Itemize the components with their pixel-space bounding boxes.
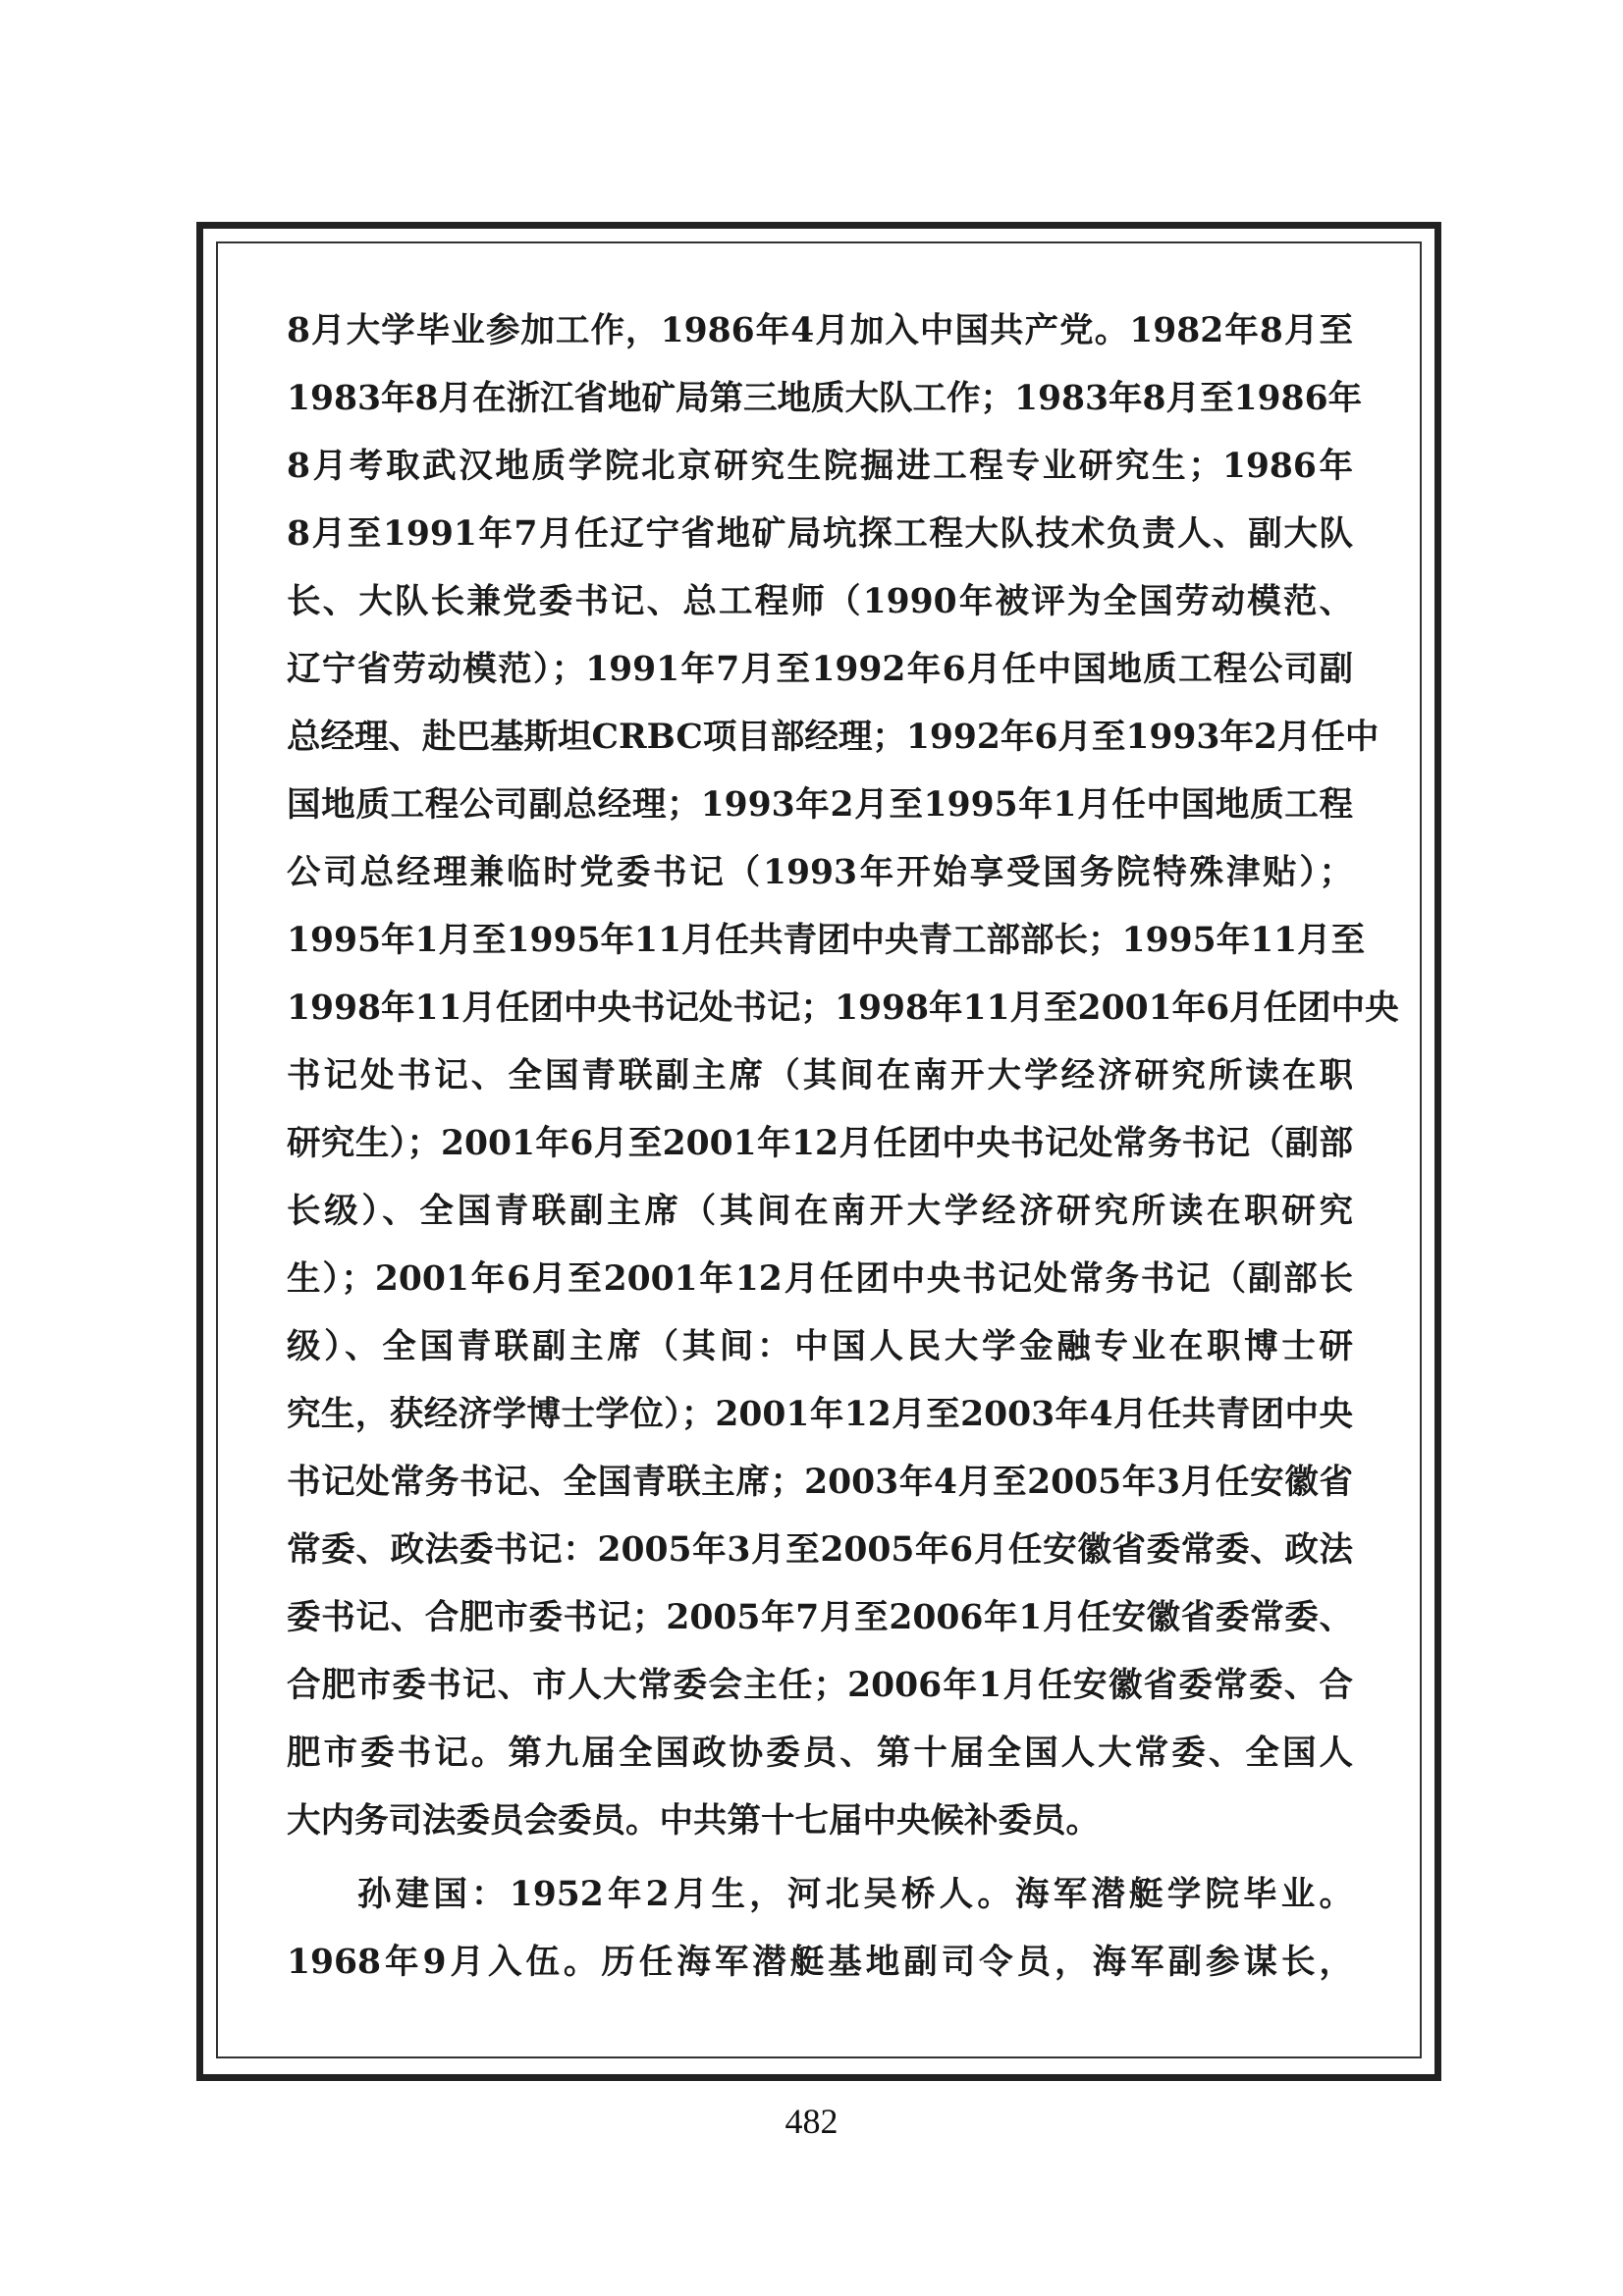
text-line: 国地质工程公司副总经理；1993年2月至1995年1月任中国地质工程	[287, 774, 1353, 842]
text-line: 肥市委书记。第九届全国政协委员、第十届全国人大常委、全国人	[287, 1723, 1353, 1790]
text-line: 合肥市委书记、市人大常委会主任；2006年1月任安徽省委常委、合	[287, 1655, 1353, 1723]
text-line: 1998年11月任团中央书记处书记；1998年11月至2001年6月任团中央	[287, 978, 1353, 1045]
text-line: 8月大学毕业参加工作，1986年4月加入中国共产党。1982年8月至	[287, 300, 1353, 368]
text-line: 公司总经理兼临时党委书记（1993年开始享受国务院特殊津贴）；	[287, 842, 1353, 910]
text-line: 书记处常务书记、全国青联主席；2003年4月至2005年3月任安徽省	[287, 1452, 1353, 1520]
page-number: 482	[0, 2101, 1623, 2142]
paragraph-sun-jianguo: 孙建国：1952年2月生，河北吴桥人。海军潜艇学院毕业。 1968年9月入伍。历…	[287, 1864, 1353, 2000]
text-line: 1968年9月入伍。历任海军潜艇基地副司令员，海军副参谋长，	[287, 1932, 1353, 2000]
paragraph-biography-continued: 8月大学毕业参加工作，1986年4月加入中国共产党。1982年8月至 1983年…	[287, 300, 1353, 1858]
text-line: 1983年8月在浙江省地矿局第三地质大队工作；1983年8月至1986年	[287, 368, 1353, 436]
text-line: 级）、全国青联副主席（其间：中国人民大学金融专业在职博士研	[287, 1316, 1353, 1384]
body-text: 8月大学毕业参加工作，1986年4月加入中国共产党。1982年8月至 1983年…	[287, 300, 1353, 2000]
text-line: 研究生）；2001年6月至2001年12月任团中央书记处常务书记（副部	[287, 1113, 1353, 1181]
text-line: 大内务司法委员会委员。中共第十七届中央候补委员。	[287, 1790, 1353, 1858]
text-line: 总经理、赴巴基斯坦CRBC项目部经理；1992年6月至1993年2月任中	[287, 707, 1353, 774]
text-line: 书记处书记、全国青联副主席（其间在南开大学经济研究所读在职	[287, 1045, 1353, 1113]
text-line: 孙建国：1952年2月生，河北吴桥人。海军潜艇学院毕业。	[287, 1864, 1353, 1932]
text-line: 长级）、全国青联副主席（其间在南开大学经济研究所读在职研究	[287, 1181, 1353, 1249]
text-line: 辽宁省劳动模范）；1991年7月至1992年6月任中国地质工程公司副	[287, 639, 1353, 707]
text-line: 委书记、合肥市委书记；2005年7月至2006年1月任安徽省委常委、	[287, 1587, 1353, 1655]
text-line: 究生，获经济学博士学位）；2001年12月至2003年4月任共青团中央	[287, 1384, 1353, 1452]
text-line: 生）；2001年6月至2001年12月任团中央书记处常务书记（副部长	[287, 1249, 1353, 1316]
text-line: 常委、政法委书记：2005年3月至2005年6月任安徽省委常委、政法	[287, 1520, 1353, 1587]
text-line: 8月至1991年7月任辽宁省地矿局坑探工程大队技术负责人、副大队	[287, 504, 1353, 571]
text-line: 8月考取武汉地质学院北京研究生院掘进工程专业研究生；1986年	[287, 436, 1353, 504]
text-line: 长、大队长兼党委书记、总工程师（1990年被评为全国劳动模范、	[287, 571, 1353, 639]
text-line: 1995年1月至1995年11月任共青团中央青工部部长；1995年11月至	[287, 910, 1353, 978]
